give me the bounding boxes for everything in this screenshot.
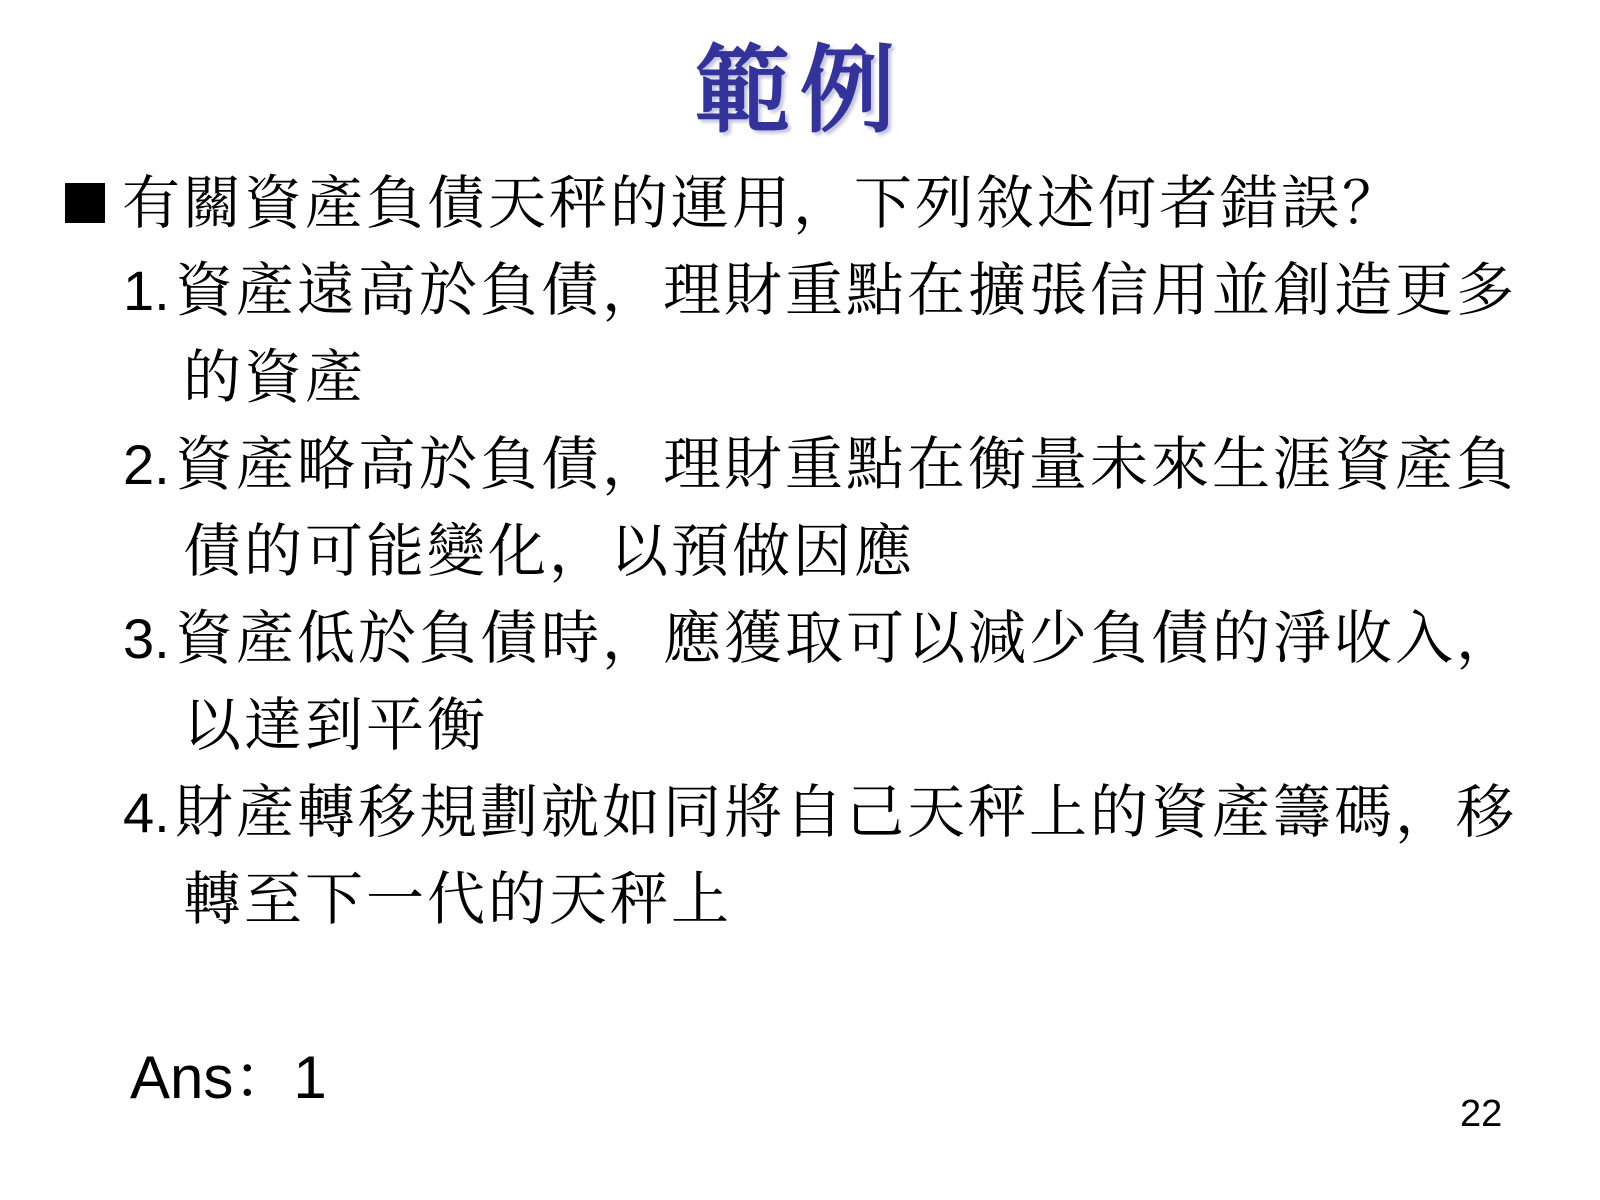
- option-1: 1. 資產遠高於負債，理財重點在擴張信用並創造更多 的資產: [123, 247, 1550, 421]
- options-list: 1. 資產遠高於負債，理財重點在擴張信用並創造更多 的資產 2. 資產略高於負債…: [123, 247, 1550, 943]
- option-2-line-2: 債的可能變化，以預做因應: [183, 508, 1550, 595]
- option-2: 2. 資產略高於負債，理財重點在衡量未來生涯資產負 債的可能變化，以預做因應: [123, 421, 1550, 595]
- question-row: 有關資產負債天秤的運用，下列敘述何者錯誤？: [65, 160, 1550, 247]
- option-4-line-1: 財產轉移規劃就如同將自己天秤上的資產籌碼，移: [175, 769, 1550, 856]
- option-2-line-1: 資產略高於負債，理財重點在衡量未來生涯資產負: [175, 421, 1550, 508]
- question-text: 有關資產負債天秤的運用，下列敘述何者錯誤？: [122, 160, 1403, 247]
- option-3: 3. 資產低於負債時，應獲取可以減少負債的淨收入， 以達到平衡: [123, 595, 1550, 769]
- option-2-number: 2.: [123, 421, 170, 508]
- option-4-line-2: 轉至下一代的天秤上: [183, 856, 1550, 943]
- answer-text: Ans：1: [130, 1038, 327, 1118]
- option-3-number: 3.: [123, 595, 170, 682]
- option-3-line-1: 資產低於負債時，應獲取可以減少負債的淨收入，: [175, 595, 1550, 682]
- bullet-square-icon: [65, 183, 105, 223]
- option-1-line-1: 資產遠高於負債，理財重點在擴張信用並創造更多: [175, 247, 1550, 334]
- page-number: 22: [1460, 1092, 1502, 1136]
- presentation-slide: 範例 有關資產負債天秤的運用，下列敘述何者錯誤？ 1. 資產遠高於負債，理財重點…: [0, 0, 1600, 1200]
- slide-body: 有關資產負債天秤的運用，下列敘述何者錯誤？ 1. 資產遠高於負債，理財重點在擴張…: [65, 160, 1550, 943]
- option-1-number: 1.: [123, 247, 170, 334]
- option-3-line-2: 以達到平衡: [183, 682, 1550, 769]
- option-4: 4. 財產轉移規劃就如同將自己天秤上的資產籌碼，移 轉至下一代的天秤上: [123, 769, 1550, 943]
- option-4-number: 4.: [123, 769, 170, 856]
- option-1-line-2: 的資產: [183, 334, 1550, 421]
- slide-title: 範例: [0, 38, 1600, 143]
